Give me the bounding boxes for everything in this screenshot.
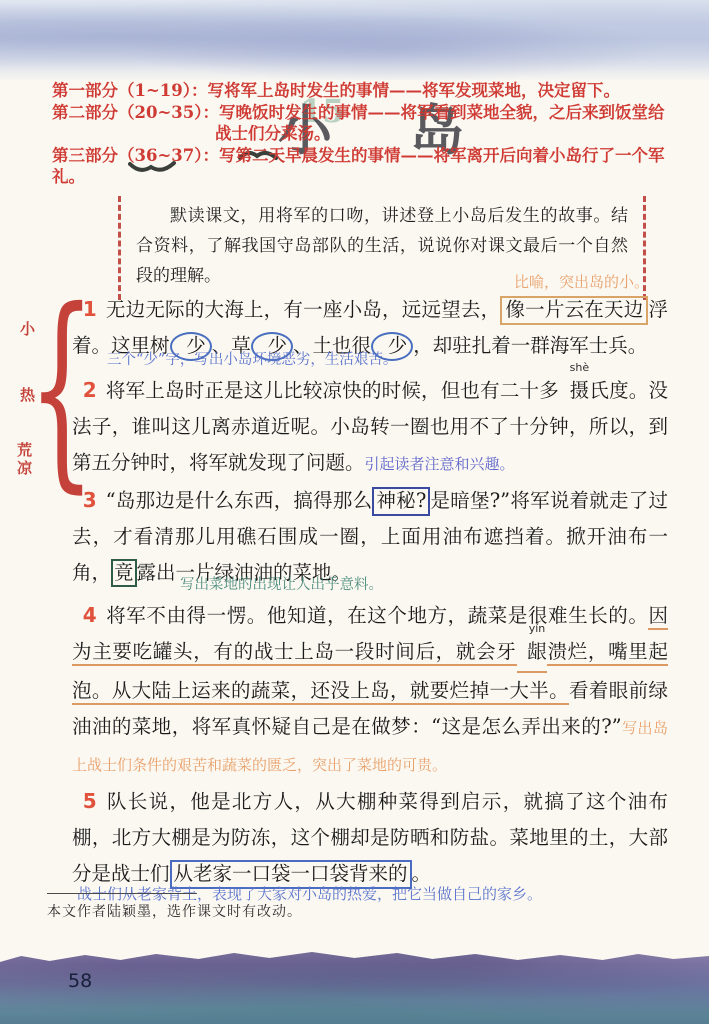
- body-text: 摄: [570, 379, 590, 402]
- body-text: 无边无际的大海上，有一座小岛，远远望去，: [106, 298, 501, 321]
- boxed-mystery: 神秘?: [372, 487, 430, 516]
- body-text: “岛那边是什么东西，搞得那么: [106, 489, 373, 512]
- body-text: 将军上岛时正是这儿比较凉快的时候，但也有二十多: [106, 379, 559, 402]
- pinyin-yin: 龈yín: [517, 634, 547, 673]
- body-text: 。: [412, 862, 432, 885]
- summary-part-2: 第二部分（20~35）：写晚饭时发生的事情——将军看到菜地全貌，之后来到饭堂给: [52, 102, 697, 124]
- body-text: 龈: [527, 640, 547, 663]
- paragraph-number: 3: [83, 488, 97, 512]
- footnote-divider: [47, 893, 197, 894]
- lesson-text: 1无边无际的大海上，有一座小岛，远远望去，像一片云在天边浮着。这里树少、草少、土…: [72, 291, 668, 904]
- paragraph-number: 1: [83, 297, 97, 321]
- summary-part-2-cont: 战士们分菜汤。: [52, 123, 697, 145]
- annotation-unexpected: 写出菜地的出现让人出乎意料。: [180, 576, 668, 594]
- paragraph-3: 3“岛那边是什么东西，搞得那么神秘?是暗堡?”将军说着就走了过去，才看清那儿用礁…: [72, 482, 668, 591]
- summary-part-3: 第三部分（36~37）：写第二天早晨发生的事情——将军离开后向着小岛行了一个军礼…: [52, 145, 697, 188]
- pinyin-label: yín: [518, 623, 545, 634]
- body-text: ，却驻扎着一群海军士兵。: [413, 334, 647, 357]
- header-summary: 第一部分（1~19）：写将军上岛时发生的事情——将军发现菜地，决定留下。 第二部…: [52, 80, 697, 188]
- paragraph-number: 5: [83, 789, 97, 813]
- sky-watercolor: [0, 0, 709, 80]
- textbook-page: 15 小岛 第一部分（1~19）：写将军上岛时发生的事情——将军发现菜地，决定留…: [0, 0, 709, 1024]
- paragraph-number: 2: [83, 378, 97, 402]
- paragraph-2: 2将军上岛时正是这儿比较凉快的时候，但也有二十多摄shè氏度。没法子，谁叫这儿离…: [72, 372, 668, 482]
- summary-part-1: 第一部分（1~19）：写将军上岛时发生的事情——将军发现菜地，决定留下。: [52, 80, 697, 102]
- annotation-interest: 引起读者注意和兴趣。: [365, 455, 515, 473]
- footnote-text: 本文作者陆颖墨，选作课文时有改动。: [47, 901, 302, 921]
- boxed-simile-phrase: 像一片云在天边: [500, 296, 648, 325]
- page-number: 58: [68, 970, 92, 992]
- simile-annotation: 比喻，突出岛的小。: [514, 271, 649, 292]
- pinyin-label: shè: [559, 362, 589, 373]
- body-text: 将军不由得一愣。他知道，在这个地方，蔬菜是很难生长的。: [106, 604, 649, 627]
- footnote: 本文作者陆颖墨，选作课文时有改动。: [47, 893, 302, 921]
- pinyin-she: 摄shè: [559, 373, 589, 409]
- paragraph-5: 5队长说，他是北方人，从大棚种菜得到启示，就搞了这个油布棚，北方大棚是为防冻，这…: [72, 783, 668, 892]
- paragraph-number: 4: [83, 603, 97, 627]
- boxed-jing: 竟: [111, 559, 137, 587]
- ocean-watercolor: [0, 946, 709, 1024]
- paragraph-4: 4将军不由得一愣。他知道，在这个地方，蔬菜是很难生长的。因为主要吃罐头，有的战士…: [72, 597, 668, 783]
